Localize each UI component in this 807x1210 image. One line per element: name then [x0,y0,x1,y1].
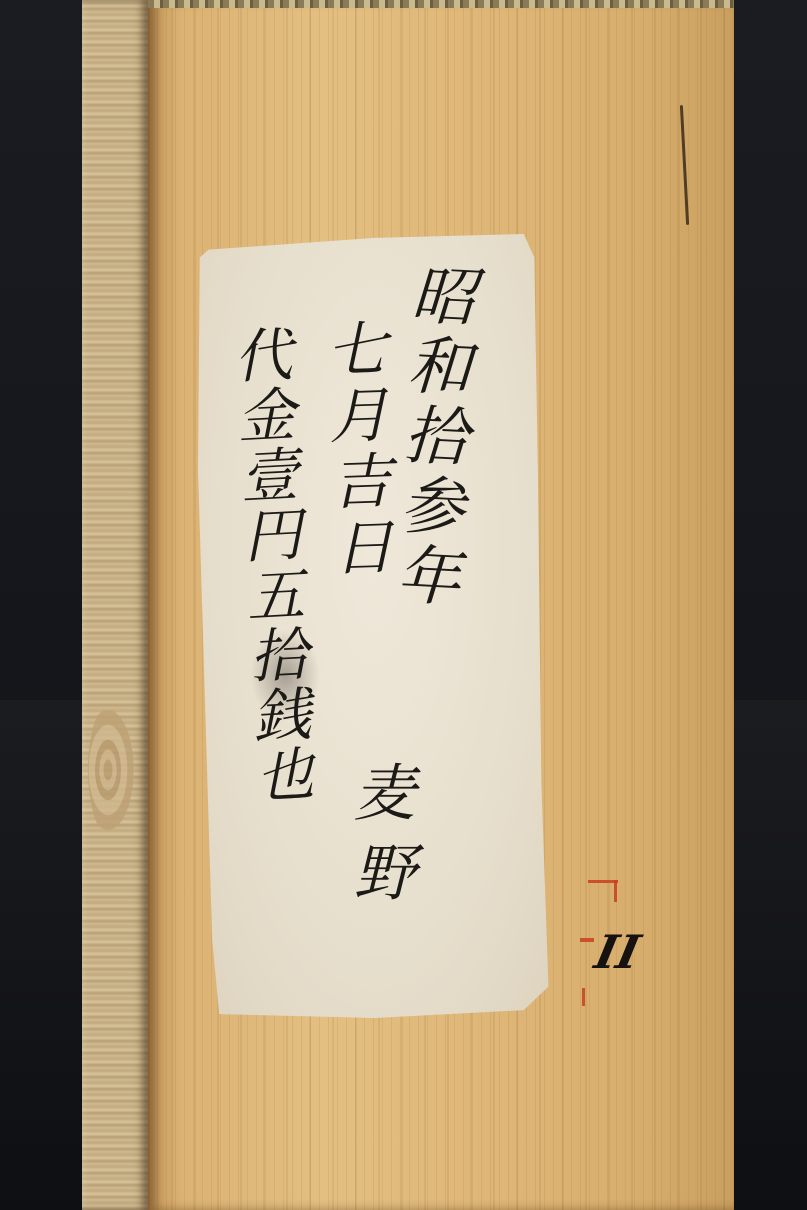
label-name-signature: 麦野 [348,760,410,920]
wood-knot [88,700,138,840]
box-edge-endgrain [82,0,148,1210]
label-month-column: 七月吉日 [320,317,389,583]
label-date-column: 昭和拾参年 [389,261,471,614]
box-top-edge [148,0,734,8]
